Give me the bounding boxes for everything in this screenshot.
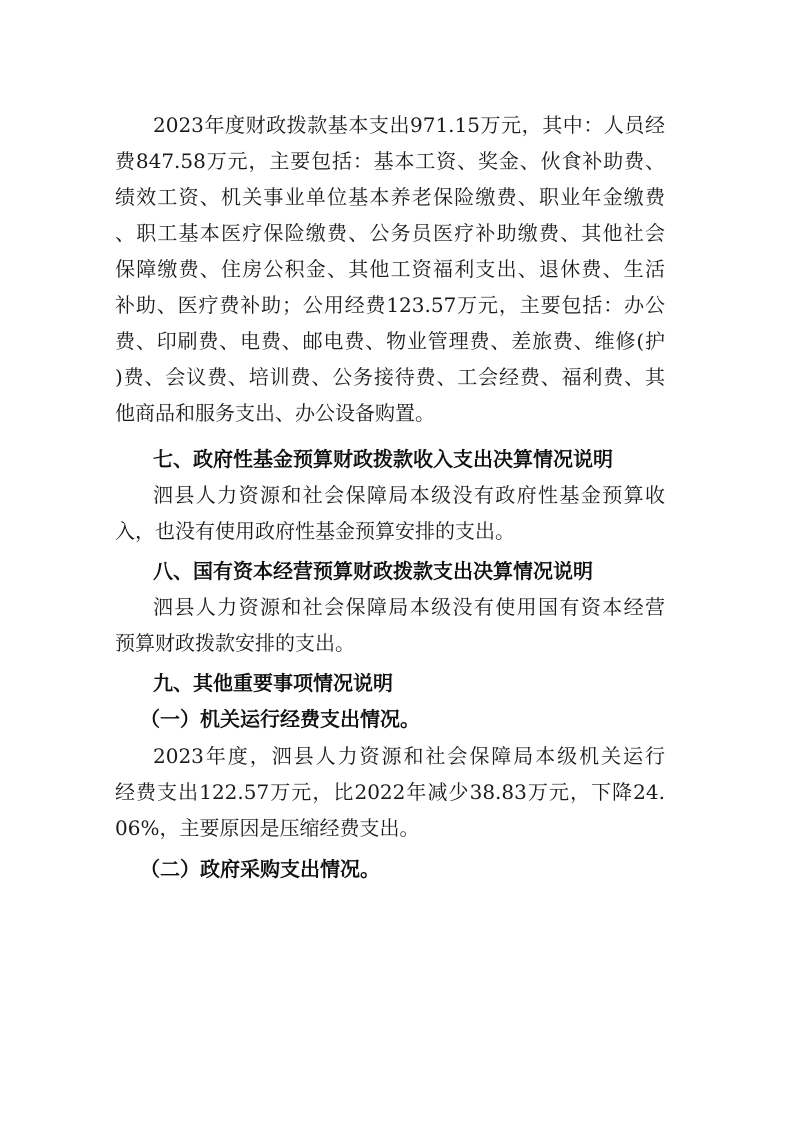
text-line: 2023年度财政拨款基本支出971.15万元，其中：人员经 <box>153 107 665 143</box>
text-line: 预算财政拨款安排的支出。 <box>115 625 665 661</box>
text-line: 费847.58万元，主要包括：基本工资、奖金、伙食补助费、 <box>115 143 665 179</box>
text-line: 06%，主要原因是压缩经费支出。 <box>115 810 665 846</box>
text-line: 泗县人力资源和社会保障局本级没有使用国有资本经营 <box>153 589 665 625</box>
text-line: 泗县人力资源和社会保障局本级没有政府性基金预算收 <box>153 477 665 513</box>
text-line: 补助、医疗费补助；公用经费123.57万元，主要包括：办公 <box>115 287 665 323</box>
text-line: 他商品和服务支出、办公设备购置。 <box>115 395 665 431</box>
text-line: 入，也没有使用政府性基金预算安排的支出。 <box>115 513 665 549</box>
text-line: 、职工基本医疗保险缴费、公务员医疗补助缴费、其他社会 <box>115 215 665 251</box>
document-page: 2023年度财政拨款基本支出971.15万元，其中：人员经 费847.58万元，… <box>0 0 793 1122</box>
subheading-operating-expenses: （一）机关运行经费支出情况。 <box>140 701 665 737</box>
text-line: )费、会议费、培训费、公务接待费、工会经费、福利费、其 <box>115 359 665 395</box>
text-line: 费、印刷费、电费、邮电费、物业管理费、差旅费、维修(护 <box>115 323 665 359</box>
section-heading-other-matters: 九、其他重要事项情况说明 <box>153 665 665 701</box>
text-line: 2023年度，泗县人力资源和社会保障局本级机关运行 <box>153 738 665 774</box>
section-heading-state-capital: 八、国有资本经营预算财政拨款支出决算情况说明 <box>153 553 665 589</box>
text-line: 绩效工资、机关事业单位基本养老保险缴费、职业年金缴费 <box>115 179 665 215</box>
text-line: 经费支出122.57万元，比2022年减少38.83万元，下降24. <box>115 774 665 810</box>
section-heading-government-fund: 七、政府性基金预算财政拨款收入支出决算情况说明 <box>153 441 665 477</box>
text-line: 保障缴费、住房公积金、其他工资福利支出、退休费、生活 <box>115 251 665 287</box>
subheading-government-procurement: （二）政府采购支出情况。 <box>140 851 665 887</box>
